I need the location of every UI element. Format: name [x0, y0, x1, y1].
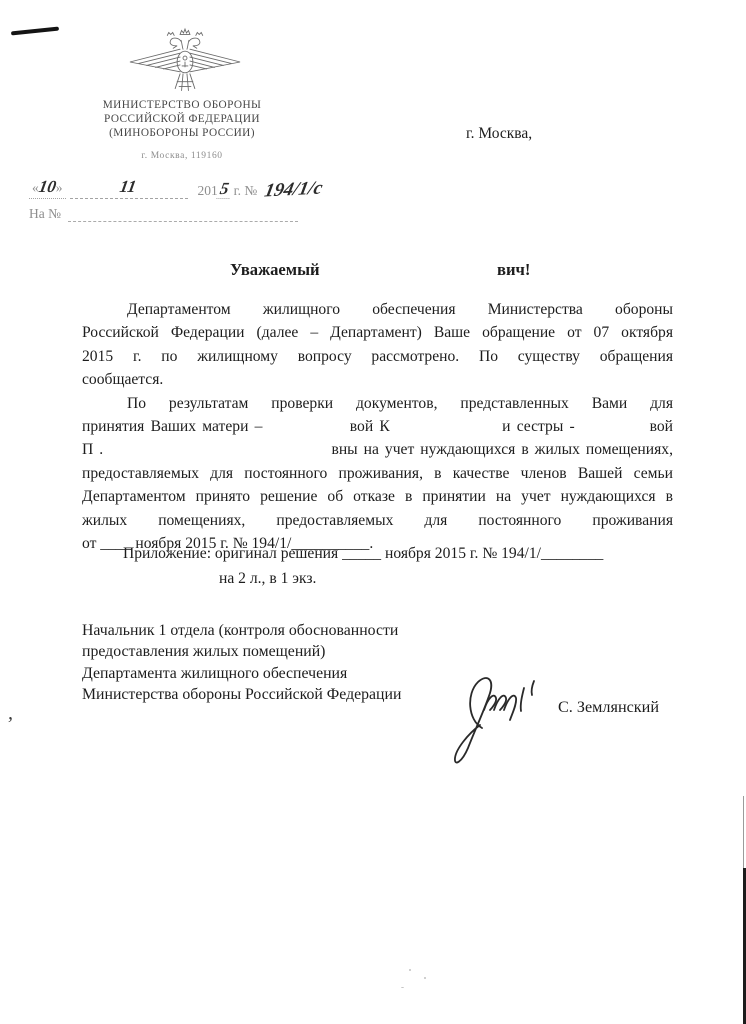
body-line: По результатам проверки документов, пред…: [82, 392, 673, 415]
body-line: предоставляемых для постоянного проживан…: [82, 462, 673, 485]
body-line: жилых помещениях, предоставляемых для по…: [82, 509, 673, 532]
letter-body: Департаментом жилищного обеспечения Мини…: [82, 298, 673, 555]
scan-speck: [401, 987, 404, 988]
scan-speck: [409, 969, 411, 971]
scan-speck: [424, 977, 426, 979]
margin-stray-mark: ,: [8, 702, 13, 725]
date-line: «10» 11 201 5 г. № 194/1/с: [29, 178, 322, 199]
body-line: Департаментом принято решение об отказе …: [82, 485, 673, 508]
year-suffix: г. №: [230, 183, 260, 199]
ministry-line-1: МИНИСТЕРСТВО ОБОРОНЫ: [52, 99, 312, 113]
signer-name: С. Землянский: [558, 698, 659, 717]
attachment-line-2: на 2 л., в 1 экз.: [219, 566, 603, 591]
handwritten-outgoing-number: 194/1/с: [262, 179, 323, 201]
body-line: Департаментом жилищного обеспечения Мини…: [82, 298, 673, 321]
reference-label: На №: [29, 206, 61, 222]
reference-blank-underline: [68, 206, 298, 222]
ministry-line-3: (МИНОБОРОНЫ РОССИИ): [52, 127, 312, 141]
attachment-note: Приложение: оригинал решения _____ ноябр…: [123, 541, 603, 591]
signer-position-line: Министерства обороны Российской Федераци…: [82, 684, 401, 705]
body-line: П . вны на учет нуждающихся в жилых поме…: [82, 438, 673, 461]
body-line: принятия Ваших матери – вой К и сестры -…: [82, 415, 673, 438]
year-printed: 201: [198, 183, 218, 199]
body-line: сообщается.: [82, 368, 673, 391]
attachment-line-1: Приложение: оригинал решения _____ ноябр…: [123, 541, 603, 566]
signer-position-line: Департамента жилищного обеспечения: [82, 663, 401, 684]
scanned-letter-page: ,: [0, 0, 746, 1024]
body-line: Российской Федерации (далее – Департамен…: [82, 321, 673, 344]
pen-mark-top-left: [11, 27, 59, 36]
salutation-name-ending: вич!: [497, 260, 530, 280]
double-headed-eagle-emblem-icon: [126, 26, 244, 103]
handwritten-month: 11: [119, 178, 138, 195]
body-line: 2015 г. по жилищному вопросу рассмотрено…: [82, 345, 673, 368]
ministry-address: г. Москва, 119160: [52, 151, 312, 161]
scan-edge-artifact-gray: [743, 796, 744, 870]
signer-position-line: Начальник 1 отдела (контроля обоснованно…: [82, 620, 401, 641]
signer-position-block: Начальник 1 отдела (контроля обоснованно…: [82, 620, 401, 706]
ministry-line-2: РОССИЙСКОЙ ФЕДЕРАЦИИ: [52, 113, 312, 127]
city-line: г. Москва,: [466, 125, 532, 143]
date-day-group: «10»: [29, 178, 66, 199]
date-month-blank: 11: [70, 178, 188, 199]
quote-close: »: [56, 180, 63, 195]
handwritten-day: 10: [37, 178, 57, 195]
reference-line: На №: [29, 206, 298, 222]
salutation-opening: Уважаемый: [230, 260, 320, 280]
ministry-name-block: МИНИСТЕРСТВО ОБОРОНЫ РОССИЙСКОЙ ФЕДЕРАЦИ…: [52, 99, 312, 140]
signer-position-line: предоставления жилых помещений): [82, 641, 401, 662]
handwritten-signature-icon: [448, 664, 558, 774]
